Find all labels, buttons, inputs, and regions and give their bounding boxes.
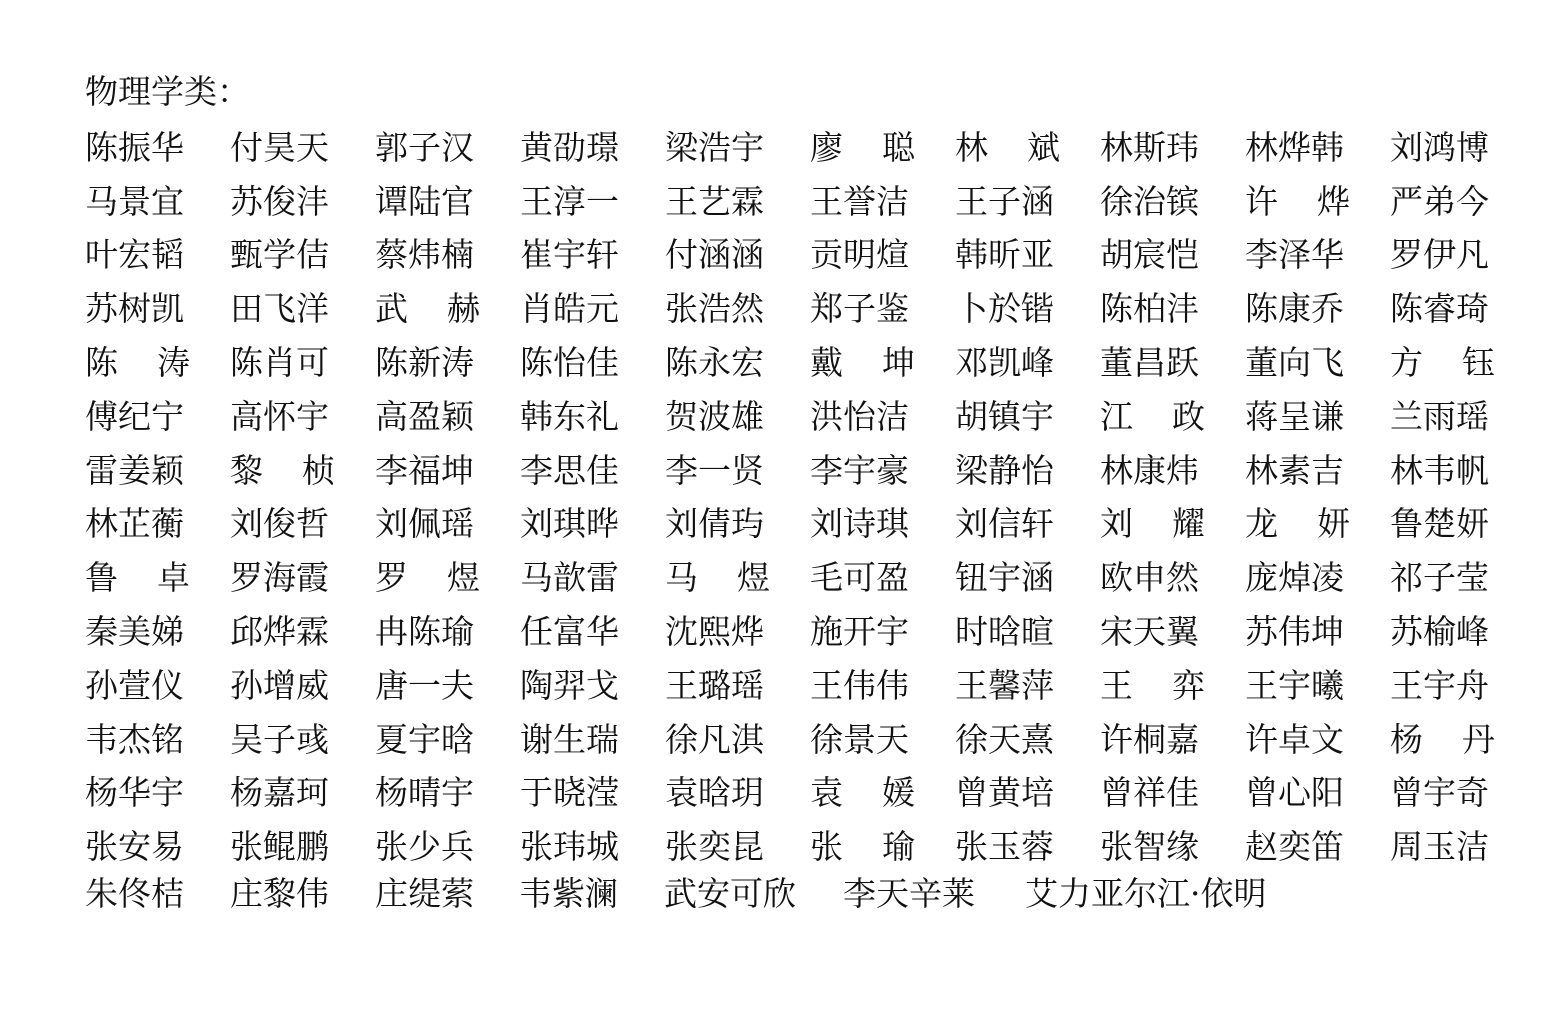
name-entry: 许卓文 xyxy=(1245,718,1390,762)
name-entry: 秦美娣 xyxy=(85,610,230,654)
name-entry: 鲁楚妍 xyxy=(1390,502,1535,546)
name-entry: 任富华 xyxy=(520,610,665,654)
name-entry: 苏树凯 xyxy=(85,287,230,331)
name-entry: 艾力亚尔江·依明 xyxy=(1025,872,1267,916)
name-entry: 刘信轩 xyxy=(955,502,1100,546)
name-grid: 陈振华付昊天郭子汉黄劭璟梁浩宇廖聪林斌林斯玮林烨韩刘鸿博马景宜苏俊沣谭陆官王淳一… xyxy=(85,121,1535,874)
name-entry: 李泽华 xyxy=(1245,233,1390,277)
name-entry: 江政 xyxy=(1100,395,1245,439)
name-entry: 祁子莹 xyxy=(1390,556,1535,600)
name-entry: 肖皓元 xyxy=(520,287,665,331)
name-entry: 陶羿戈 xyxy=(520,664,665,708)
name-entry: 董昌跃 xyxy=(1100,341,1245,385)
name-entry: 施开宇 xyxy=(810,610,955,654)
name-entry: 杨晴宇 xyxy=(375,771,520,815)
name-entry: 张浩然 xyxy=(665,287,810,331)
name-entry: 袁晗玥 xyxy=(665,771,810,815)
name-entry: 李宇豪 xyxy=(810,449,955,493)
name-entry: 叶宏韬 xyxy=(85,233,230,277)
name-entry: 武安可欣 xyxy=(664,872,796,916)
name-entry: 马歆雷 xyxy=(520,556,665,600)
name-entry: 庄缇萦 xyxy=(375,872,474,916)
name-entry: 张奕昆 xyxy=(665,825,810,869)
name-entry: 邱烨霖 xyxy=(230,610,375,654)
name-entry: 冉陈瑜 xyxy=(375,610,520,654)
name-entry: 时晗暄 xyxy=(955,610,1100,654)
name-entry: 谭陆官 xyxy=(375,180,520,224)
name-entry: 李福坤 xyxy=(375,449,520,493)
name-entry: 陈新涛 xyxy=(375,341,520,385)
name-entry: 郑子鉴 xyxy=(810,287,955,331)
name-row: 陈振华付昊天郭子汉黄劭璟梁浩宇廖聪林斌林斯玮林烨韩刘鸿博 xyxy=(85,121,1535,175)
category-heading: 物理学类： xyxy=(85,70,250,114)
name-row: 杨华宇杨嘉珂杨晴宇于晓滢袁晗玥袁媛曾黄培曾祥佳曾心阳曾宇奇 xyxy=(85,767,1535,821)
name-entry: 陈振华 xyxy=(85,126,230,170)
name-entry: 毛可盈 xyxy=(810,556,955,600)
name-entry: 董向飞 xyxy=(1245,341,1390,385)
name-entry: 李思佳 xyxy=(520,449,665,493)
name-entry: 鲁卓 xyxy=(85,556,230,600)
name-entry: 陈睿琦 xyxy=(1390,287,1535,331)
name-entry: 林斯玮 xyxy=(1100,126,1245,170)
name-entry: 刘俊哲 xyxy=(230,502,375,546)
name-entry: 陈康乔 xyxy=(1245,287,1390,331)
name-entry: 蒋呈谦 xyxy=(1245,395,1390,439)
name-row: 陈涛陈肖可陈新涛陈怡佳陈永宏戴坤邓凯峰董昌跃董向飞方钰 xyxy=(85,336,1535,390)
name-entry: 张安易 xyxy=(85,825,230,869)
name-entry: 张瑜 xyxy=(810,825,955,869)
name-entry: 王宇舟 xyxy=(1390,664,1535,708)
name-row: 张安易张鲲鹏张少兵张玮城张奕昆张瑜张玉蓉张智缘赵奕笛周玉洁 xyxy=(85,820,1535,874)
name-entry: 李一贤 xyxy=(665,449,810,493)
name-entry: 沈熙烨 xyxy=(665,610,810,654)
name-entry: 田飞洋 xyxy=(230,287,375,331)
name-entry: 李天辛莱 xyxy=(843,872,975,916)
name-entry: 马景宜 xyxy=(85,180,230,224)
name-entry: 孙增威 xyxy=(230,664,375,708)
name-entry: 曾宇奇 xyxy=(1390,771,1535,815)
name-entry: 徐景天 xyxy=(810,718,955,762)
name-entry: 林芷蘅 xyxy=(85,502,230,546)
name-entry: 洪怡洁 xyxy=(810,395,955,439)
name-entry: 苏俊沣 xyxy=(230,180,375,224)
name-entry: 廖聪 xyxy=(810,126,955,170)
name-entry: 林烨韩 xyxy=(1245,126,1390,170)
name-entry: 付昊天 xyxy=(230,126,375,170)
name-entry: 陈怡佳 xyxy=(520,341,665,385)
name-entry: 庞焯凌 xyxy=(1245,556,1390,600)
name-row: 傅纪宁高怀宇高盈颖韩东礼贺波雄洪怡洁胡镇宇江政蒋呈谦兰雨瑶 xyxy=(85,390,1535,444)
name-entry: 贺波雄 xyxy=(665,395,810,439)
name-entry: 高盈颖 xyxy=(375,395,520,439)
name-entry: 罗海霞 xyxy=(230,556,375,600)
name-row: 林芷蘅刘俊哲刘佩瑶刘琪晔刘倩玙刘诗琪刘信轩刘耀龙妍鲁楚妍 xyxy=(85,498,1535,552)
name-entry: 戴坤 xyxy=(810,341,955,385)
name-row: 韦杰铭吴子彧夏宇晗谢生瑞徐凡淇徐景天徐天熹许桐嘉许卓文杨丹 xyxy=(85,713,1535,767)
name-entry: 许烨 xyxy=(1245,180,1390,224)
name-entry: 蔡炜楠 xyxy=(375,233,520,277)
name-entry: 陈柏沣 xyxy=(1100,287,1245,331)
name-entry: 王艺霖 xyxy=(665,180,810,224)
name-row: 马景宜苏俊沣谭陆官王淳一王艺霖王誉洁王子涵徐治镔许烨严弟今 xyxy=(85,175,1535,229)
name-entry: 王誉洁 xyxy=(810,180,955,224)
name-entry: 傅纪宁 xyxy=(85,395,230,439)
name-entry: 王淳一 xyxy=(520,180,665,224)
name-entry: 苏伟坤 xyxy=(1245,610,1390,654)
name-entry: 王子涵 xyxy=(955,180,1100,224)
name-entry: 胡宸恺 xyxy=(1100,233,1245,277)
name-entry: 黎桢 xyxy=(230,449,375,493)
name-entry: 杨丹 xyxy=(1390,718,1535,762)
name-entry: 邓凯峰 xyxy=(955,341,1100,385)
name-entry: 张鲲鹏 xyxy=(230,825,375,869)
name-entry: 许桐嘉 xyxy=(1100,718,1245,762)
name-entry: 杨嘉珂 xyxy=(230,771,375,815)
name-entry: 贡明煊 xyxy=(810,233,955,277)
name-entry: 韩东礼 xyxy=(520,395,665,439)
name-entry: 卜於锴 xyxy=(955,287,1100,331)
name-entry: 韦紫澜 xyxy=(519,872,618,916)
name-entry: 陈永宏 xyxy=(665,341,810,385)
name-entry: 徐凡淇 xyxy=(665,718,810,762)
name-entry: 罗煜 xyxy=(375,556,520,600)
name-entry: 孙萱仪 xyxy=(85,664,230,708)
name-entry: 于晓滢 xyxy=(520,771,665,815)
name-row: 鲁卓罗海霞罗煜马歆雷马煜毛可盈钮宇涵欧申然庞焯凌祁子莹 xyxy=(85,551,1535,605)
name-entry: 曾黄培 xyxy=(955,771,1100,815)
name-entry: 黄劭璟 xyxy=(520,126,665,170)
name-entry: 王宇曦 xyxy=(1245,664,1390,708)
name-entry: 夏宇晗 xyxy=(375,718,520,762)
name-entry: 付涵涵 xyxy=(665,233,810,277)
name-entry: 陈涛 xyxy=(85,341,230,385)
name-entry: 朱佟桔 xyxy=(85,872,184,916)
name-entry: 袁媛 xyxy=(810,771,955,815)
name-entry: 王璐瑶 xyxy=(665,664,810,708)
name-entry: 梁静怡 xyxy=(955,449,1100,493)
name-entry: 罗伊凡 xyxy=(1390,233,1535,277)
name-entry: 张智缘 xyxy=(1100,825,1245,869)
name-entry: 雷姜颖 xyxy=(85,449,230,493)
name-entry: 刘佩瑶 xyxy=(375,502,520,546)
name-row: 秦美娣邱烨霖冉陈瑜任富华沈熙烨施开宇时晗暄宋天翼苏伟坤苏榆峰 xyxy=(85,605,1535,659)
name-entry: 高怀宇 xyxy=(230,395,375,439)
name-entry: 曾祥佳 xyxy=(1100,771,1245,815)
name-entry: 唐一夫 xyxy=(375,664,520,708)
name-entry: 庄黎伟 xyxy=(230,872,329,916)
name-entry: 周玉洁 xyxy=(1390,825,1535,869)
name-entry: 宋天翼 xyxy=(1100,610,1245,654)
name-entry: 刘倩玙 xyxy=(665,502,810,546)
name-entry: 梁浩宇 xyxy=(665,126,810,170)
name-row: 苏树凯田飞洋武赫肖皓元张浩然郑子鉴卜於锴陈柏沣陈康乔陈睿琦 xyxy=(85,282,1535,336)
name-entry: 韩昕亚 xyxy=(955,233,1100,277)
name-entry: 林韦帆 xyxy=(1390,449,1535,493)
name-entry: 龙妍 xyxy=(1245,502,1390,546)
name-entry: 徐天熹 xyxy=(955,718,1100,762)
name-row: 雷姜颖黎桢李福坤李思佳李一贤李宇豪梁静怡林康炜林素吉林韦帆 xyxy=(85,444,1535,498)
name-entry: 徐治镔 xyxy=(1100,180,1245,224)
name-entry: 方钰 xyxy=(1390,341,1535,385)
name-entry: 林斌 xyxy=(955,126,1100,170)
name-entry: 王弈 xyxy=(1100,664,1245,708)
name-entry: 郭子汉 xyxy=(375,126,520,170)
name-entry: 谢生瑞 xyxy=(520,718,665,762)
name-entry: 张玮城 xyxy=(520,825,665,869)
name-entry: 刘琪晔 xyxy=(520,502,665,546)
name-entry: 钮宇涵 xyxy=(955,556,1100,600)
name-entry: 欧申然 xyxy=(1100,556,1245,600)
name-entry: 陈肖可 xyxy=(230,341,375,385)
name-entry: 兰雨瑶 xyxy=(1390,395,1535,439)
name-entry: 张少兵 xyxy=(375,825,520,869)
name-entry: 胡镇宇 xyxy=(955,395,1100,439)
name-entry: 张玉蓉 xyxy=(955,825,1100,869)
name-entry: 武赫 xyxy=(375,287,520,331)
name-entry: 林素吉 xyxy=(1245,449,1390,493)
name-entry: 王馨萍 xyxy=(955,664,1100,708)
name-entry: 王伟伟 xyxy=(810,664,955,708)
name-entry: 刘鸿博 xyxy=(1390,126,1535,170)
name-entry: 苏榆峰 xyxy=(1390,610,1535,654)
name-entry: 严弟今 xyxy=(1390,180,1535,224)
name-entry: 赵奕笛 xyxy=(1245,825,1390,869)
name-row: 叶宏韬甄学佶蔡炜楠崔宇轩付涵涵贡明煊韩昕亚胡宸恺李泽华罗伊凡 xyxy=(85,229,1535,283)
name-entry: 刘诗琪 xyxy=(810,502,955,546)
name-entry: 吴子彧 xyxy=(230,718,375,762)
name-entry: 马煜 xyxy=(665,556,810,600)
name-entry: 曾心阳 xyxy=(1245,771,1390,815)
name-entry: 韦杰铭 xyxy=(85,718,230,762)
name-entry: 甄学佶 xyxy=(230,233,375,277)
name-entry: 杨华宇 xyxy=(85,771,230,815)
name-entry: 林康炜 xyxy=(1100,449,1245,493)
name-entry: 崔宇轩 xyxy=(520,233,665,277)
name-row: 孙萱仪孙增威唐一夫陶羿戈王璐瑶王伟伟王馨萍王弈王宇曦王宇舟 xyxy=(85,659,1535,713)
name-entry: 刘耀 xyxy=(1100,502,1245,546)
